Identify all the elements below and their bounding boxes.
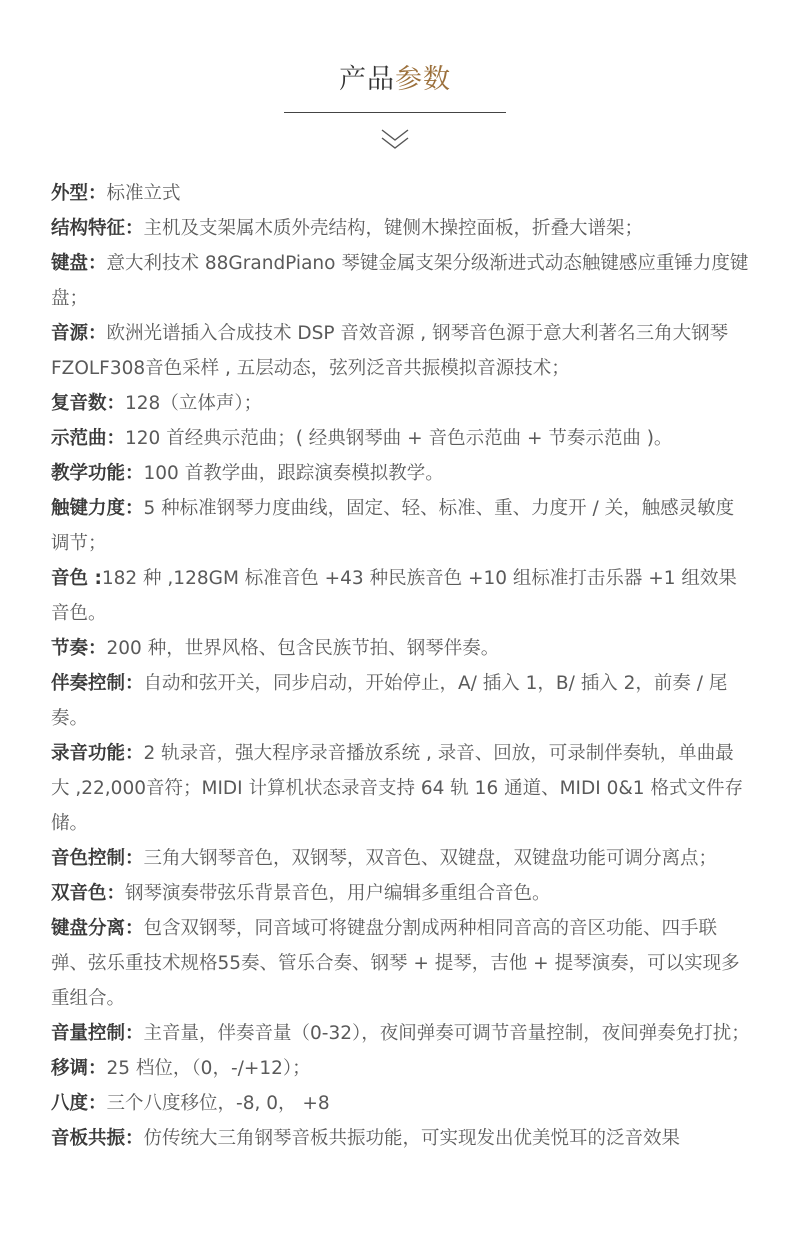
spec-item-rhythms: 节奏：200 种，世界风格、包含民族节拍、钢琴伴奏。 [51,631,750,666]
spec-item-sound-source: 音源：欧洲光谱插入合成技术 DSP 音效音源 , 钢琴音色源于意大利著名三角大钢… [51,316,750,386]
spec-label: 节奏： [51,638,107,659]
spec-item-demo-songs: 示范曲：120 首经典示范曲；( 经典钢琴曲 + 音色示范曲 + 节奏示范曲 )… [51,421,750,456]
spec-value: 标准立式 [107,183,181,204]
spec-item-teaching: 教学功能：100 首教学曲，跟踪演奏模拟教学。 [51,456,750,491]
spec-value: 仿传统大三角钢琴音板共振功能，可实现发出优美悦耳的泛音效果 [144,1128,681,1149]
spec-item-voices: 音色 :182 种 ,128GM 标准音色 +43 种民族音色 +10 组标准打… [51,561,750,631]
spec-label: 音量控制： [51,1023,144,1044]
spec-item-resonance: 音板共振：仿传统大三角钢琴音板共振功能，可实现发出优美悦耳的泛音效果 [51,1121,750,1156]
spec-item-touch: 触键力度：5 种标准钢琴力度曲线，固定、轻、标准、重、力度开 / 关，触感灵敏度… [51,491,750,561]
double-chevron-down-icon [380,127,410,153]
spec-value: 128（立体声）； [125,393,262,414]
spec-item-structure: 结构特征：主机及支架属木质外壳结构，键侧木操控面板，折叠大谱架； [51,211,750,246]
spec-label: 伴奏控制： [51,673,144,694]
spec-item-transpose: 移调：25 档位，（0，-/+12）； [51,1051,750,1086]
spec-value: 三个八度移位，-8, 0， +8 [107,1093,330,1114]
spec-item-polyphony: 复音数：128（立体声）； [51,386,750,421]
spec-value: 欧洲光谱插入合成技术 DSP 音效音源 , 钢琴音色源于意大利著名三角大钢琴 F… [51,323,728,379]
spec-item-dual-voice: 双音色：钢琴演奏带弦乐背景音色，用户编辑多重组合音色。 [51,876,750,911]
spec-label: 八度： [51,1093,107,1114]
spec-item-volume: 音量控制：主音量，伴奏音量（0-32），夜间弹奏可调节音量控制，夜间弹奏免打扰； [51,1016,750,1051]
spec-value: 5 种标准钢琴力度曲线，固定、轻、标准、重、力度开 / 关，触感灵敏度调节； [51,498,734,554]
spec-label: 教学功能： [51,463,144,484]
spec-label: 结构特征： [51,218,144,239]
spec-value: 100 首教学曲，跟踪演奏模拟教学。 [144,463,444,484]
spec-value: 自动和弦开关，同步启动，开始停止，A/ 插入 1，B/ 插入 2，前奏 / 尾奏… [51,673,727,729]
spec-value: 意大利技术 88GrandPiano 琴键金属支架分级渐进式动态触键感应重锤力度… [51,253,748,309]
spec-label: 音源： [51,323,107,344]
spec-value: 182 种 ,128GM 标准音色 +43 种民族音色 +10 组标准打击乐器 … [51,568,737,624]
spec-label: 录音功能： [51,743,144,764]
spec-item-recording: 录音功能：2 轨录音，强大程序录音播放系统 , 录音、回放，可录制伴奏轨，单曲最… [51,736,750,841]
spec-label: 音板共振： [51,1128,144,1149]
spec-label: 移调： [51,1058,107,1079]
spec-label: 音色控制： [51,848,144,869]
title-part-2-accent: 参数 [395,64,451,95]
spec-item-voice-control: 音色控制：三角大钢琴音色，双钢琴，双音色、双键盘，双键盘功能可调分离点； [51,841,750,876]
spec-value: 三角大钢琴音色，双钢琴，双音色、双键盘，双键盘功能可调分离点； [144,848,718,869]
spec-item-octave: 八度：三个八度移位，-8, 0， +8 [51,1086,750,1121]
spec-value: 200 种，世界风格、包含民族节拍、钢琴伴奏。 [107,638,500,659]
spec-label: 触键力度： [51,498,144,519]
title-divider [284,112,506,113]
spec-label: 示范曲： [51,428,125,449]
spec-item-accompaniment: 伴奏控制：自动和弦开关，同步启动，开始停止，A/ 插入 1，B/ 插入 2，前奏… [51,666,750,736]
title-part-1: 产品 [339,64,395,95]
spec-value: 钢琴演奏带弦乐背景音色，用户编辑多重组合音色。 [125,883,551,904]
spec-value: 主机及支架属木质外壳结构，键侧木操控面板，折叠大谱架； [144,218,644,239]
spec-label: 外型： [51,183,107,204]
spec-list: 外型：标准立式 结构特征：主机及支架属木质外壳结构，键侧木操控面板，折叠大谱架；… [0,176,790,1156]
spec-label: 双音色： [51,883,125,904]
spec-label: 键盘分离： [51,918,144,939]
spec-value: 包含双钢琴，同音域可将键盘分割成两种相同音高的音区功能、四手联弹、弦乐重技术规格… [51,918,740,1009]
spec-label: 音色 : [51,568,102,589]
spec-value: 25 档位，（0，-/+12）； [107,1058,311,1079]
spec-value: 主音量，伴奏音量（0-32），夜间弹奏可调节音量控制，夜间弹奏免打扰； [144,1023,750,1044]
spec-item-shape: 外型：标准立式 [51,176,750,211]
spec-item-keyboard: 键盘：意大利技术 88GrandPiano 琴键金属支架分级渐进式动态触键感应重… [51,246,750,316]
section-title: 产品参数 [0,60,790,100]
spec-label: 复音数： [51,393,125,414]
section-header: 产品参数 [0,0,790,153]
spec-label: 键盘： [51,253,107,274]
spec-value: 2 轨录音，强大程序录音播放系统 , 录音、回放，可录制伴奏轨，单曲最大 ,22… [51,743,743,834]
spec-value: 120 首经典示范曲；( 经典钢琴曲 + 音色示范曲 + 节奏示范曲 )。 [125,428,672,449]
spec-item-split: 键盘分离：包含双钢琴，同音域可将键盘分割成两种相同音高的音区功能、四手联弹、弦乐… [51,911,750,1016]
